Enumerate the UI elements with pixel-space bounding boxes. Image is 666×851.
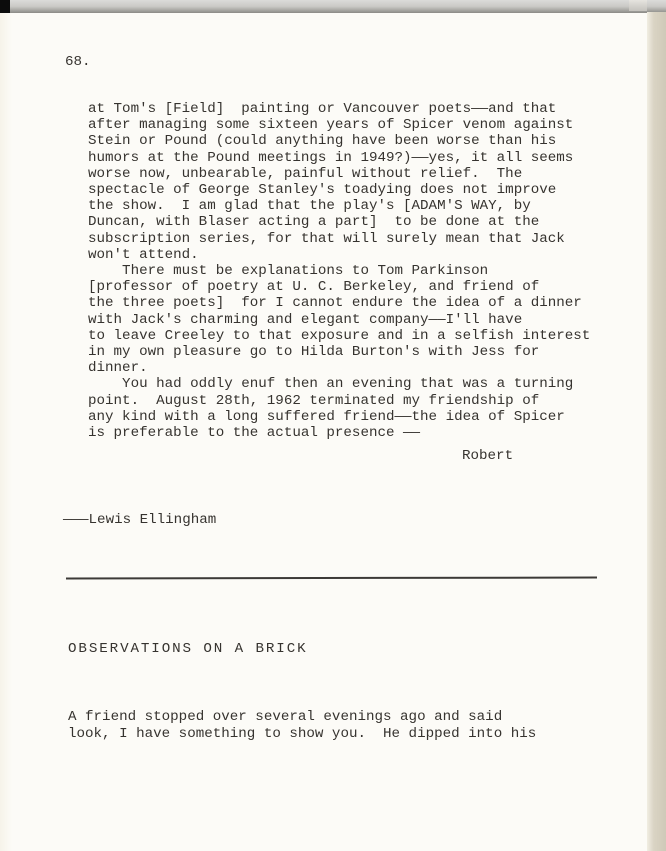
text-line: worse now, unbearable, painful without r… xyxy=(88,166,590,182)
text-line: look, I have something to show you. He d… xyxy=(68,726,536,743)
text-line: Stein or Pound (could anything have been… xyxy=(88,133,590,149)
text-line: after managing some sixteen years of Spi… xyxy=(88,117,590,133)
section-paragraph: A friend stopped over several evenings a… xyxy=(68,709,536,743)
text-line: the three poets] for I cannot endure the… xyxy=(88,295,590,311)
text-line: is preferable to the actual presence —— xyxy=(88,425,590,441)
text-line: the show. I am glad that the play's [ADA… xyxy=(88,198,590,214)
text-line: won't attend. xyxy=(88,247,590,263)
text-line: spectacle of George Stanley's toadying d… xyxy=(88,182,590,198)
text-line: subscription series, for that will surel… xyxy=(88,231,590,247)
letter-body: at Tom's [Field] painting or Vancouver p… xyxy=(88,101,590,441)
text-line: in my own pleasure go to Hilda Burton's … xyxy=(88,344,590,360)
text-line: Duncan, with Blaser acting a part] to be… xyxy=(88,214,590,230)
attribution-line: ———Lewis Ellingham xyxy=(63,512,216,528)
text-line: A friend stopped over several evenings a… xyxy=(68,709,536,726)
letter-signature: Robert xyxy=(462,448,513,464)
text-line: to leave Creeley to that exposure and in… xyxy=(88,328,590,344)
scan-top-edge xyxy=(0,0,666,13)
section-divider-rule xyxy=(66,577,597,580)
scan-left-edge-shadow xyxy=(0,13,12,851)
scan-right-edge xyxy=(647,12,666,851)
text-line: any kind with a long suffered friend——th… xyxy=(88,409,590,425)
scanned-document-page: 68. at Tom's [Field] painting or Vancouv… xyxy=(0,0,666,851)
text-line: [professor of poetry at U. C. Berkeley, … xyxy=(88,279,590,295)
page-number: 68. xyxy=(65,54,91,70)
section-heading: OBSERVATIONS ON A BRICK xyxy=(68,641,308,657)
text-line: humors at the Pound meetings in 1949?)——… xyxy=(88,150,590,166)
text-line: point. August 28th, 1962 terminated my f… xyxy=(88,393,590,409)
text-line: There must be explanations to Tom Parkin… xyxy=(88,263,590,279)
text-line: You had oddly enuf then an evening that … xyxy=(88,376,590,392)
text-line: at Tom's [Field] painting or Vancouver p… xyxy=(88,101,590,117)
text-line: dinner. xyxy=(88,360,590,376)
scan-corner-artifact xyxy=(0,0,10,13)
scan-top-edge-notch xyxy=(629,0,647,11)
text-line: with Jack's charming and elegant company… xyxy=(88,312,590,328)
